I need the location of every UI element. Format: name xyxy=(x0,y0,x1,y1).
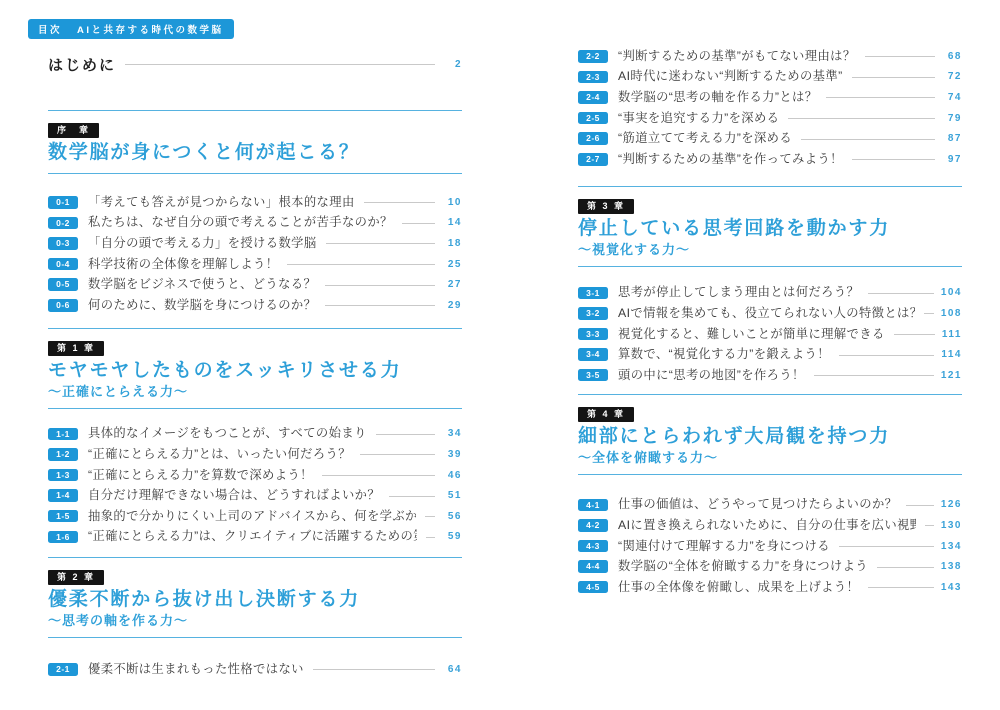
item-number-badge: 0-6 xyxy=(48,299,78,312)
item-number-badge: 0-5 xyxy=(48,278,78,291)
chapter-title: 数学脳が身につくと何が起こる？ xyxy=(48,142,462,164)
item-title: “正確にとらえる力”とは、いったい何だろう？ xyxy=(88,447,351,462)
leader-line xyxy=(877,567,934,568)
toc-item: 0-5 数学脳をビジネスで使うと、どうなる？ 27 xyxy=(48,274,462,295)
chapter-block-1: 第 1 章 モヤモヤしたものをスッキリさせる力 ～正確にとらえる力～ xyxy=(48,328,462,409)
item-number-badge: 1-6 xyxy=(48,531,78,544)
toc-item: 2-1 優柔不断は生まれもった性格ではない 64 xyxy=(48,659,462,680)
item-page-number: 10 xyxy=(442,197,462,208)
item-number-badge: 4-1 xyxy=(578,499,608,512)
leader-line xyxy=(788,118,935,119)
chapter-subtitle: ～思考の軸を作る力～ xyxy=(48,613,462,628)
toc-item: 4-4 数学脳の“全体を俯瞰する力”を身につけよう 138 xyxy=(578,556,962,577)
toc-item: 1-2 “正確にとらえる力”とは、いったい何だろう？ 39 xyxy=(48,444,462,465)
intro-label: はじめに xyxy=(48,54,116,75)
item-page-number: 130 xyxy=(941,520,962,531)
item-list-chapter2: 2-1 優柔不断は生まれもった性格ではない 64 xyxy=(48,659,462,680)
leader-line xyxy=(868,293,934,294)
item-number-badge: 2-7 xyxy=(578,153,608,166)
toc-item: 0-6 何のために、数学脳を身につけるのか？ 29 xyxy=(48,295,462,316)
item-title: 頭の中に“思考の地図”を作ろう！ xyxy=(618,368,805,383)
item-title: 算数で、“視覚化する力”を鍛えよう！ xyxy=(618,347,830,362)
item-title: “関連付けて理解する力”を身につける xyxy=(618,539,830,554)
leader-line xyxy=(814,375,934,376)
item-number-badge: 0-1 xyxy=(48,196,78,209)
toc-item: 3-4 算数で、“視覚化する力”を鍛えよう！ 114 xyxy=(578,344,962,365)
toc-item: 2-6 “筋道立てて考える力”を深める 87 xyxy=(578,128,962,149)
toc-item: 3-1 思考が停止してしまう理由とは何だろう？ 104 xyxy=(578,283,962,304)
item-page-number: 138 xyxy=(941,561,962,572)
item-page-number: 27 xyxy=(442,279,462,290)
item-page-number: 79 xyxy=(942,113,962,124)
item-page-number: 143 xyxy=(941,582,962,593)
item-title: “判断するための基準”を作ってみよう！ xyxy=(618,152,843,167)
item-title: 抽象的で分かりにくい上司のアドバイスから、何を学ぶか？ xyxy=(88,509,416,524)
item-title: 仕事の全体像を俯瞰し、成果を上げよう！ xyxy=(618,580,859,595)
leader-line xyxy=(865,56,935,57)
leader-line xyxy=(852,77,935,78)
toc-item: 1-1 具体的なイメージをもつことが、すべての始まり 34 xyxy=(48,424,462,445)
item-title: “判断するための基準”がもてない理由は？ xyxy=(618,49,856,64)
item-title: 具体的なイメージをもつことが、すべての始まり xyxy=(88,426,367,441)
item-title: 「考えても答えが見つからない」根本的な理由 xyxy=(88,195,355,210)
item-title: “正確にとらえる力”を算数で深めよう！ xyxy=(88,468,313,483)
item-number-badge: 4-3 xyxy=(578,540,608,553)
item-title: 優柔不断は生まれもった性格ではない xyxy=(88,662,304,677)
leader-line xyxy=(839,355,934,356)
item-number-badge: 2-2 xyxy=(578,50,608,63)
item-title: AIに置き換えられないために、自分の仕事を広い視野で考える xyxy=(618,518,916,533)
item-number-badge: 3-3 xyxy=(578,328,608,341)
leader-line xyxy=(360,454,435,455)
item-page-number: 126 xyxy=(941,499,962,510)
item-number-badge: 3-1 xyxy=(578,287,608,300)
toc-item: 3-5 頭の中に“思考の地図”を作ろう！ 121 xyxy=(578,365,962,386)
toc-item: 2-5 “事実を追究する力”を深める 79 xyxy=(578,108,962,129)
item-page-number: 59 xyxy=(442,531,462,542)
item-page-number: 14 xyxy=(442,217,462,228)
toc-item: 2-2 “判断するための基準”がもてない理由は？ 68 xyxy=(578,46,962,67)
item-page-number: 29 xyxy=(442,300,462,311)
left-column: はじめに 2 序 章 数学脳が身につくと何が起こる？ 0-1 「考えても答えが見… xyxy=(48,0,462,680)
item-title: “正確にとらえる力”は、クリエイティブに活躍するための第一歩 xyxy=(88,529,417,544)
leader-line xyxy=(801,139,935,140)
item-title: AI時代に迷わない“判断するための基準” xyxy=(618,69,843,84)
item-page-number: 114 xyxy=(941,349,962,360)
item-page-number: 97 xyxy=(942,154,962,165)
toc-item: 1-5 抽象的で分かりにくい上司のアドバイスから、何を学ぶか？ 56 xyxy=(48,506,462,527)
item-number-badge: 1-2 xyxy=(48,448,78,461)
leader-line xyxy=(313,669,435,670)
item-number-badge: 4-4 xyxy=(578,560,608,573)
item-title: 数学脳をビジネスで使うと、どうなる？ xyxy=(88,277,316,292)
leader-line xyxy=(426,537,435,538)
leader-line xyxy=(389,496,435,497)
item-number-badge: 3-2 xyxy=(578,307,608,320)
leader-line xyxy=(326,243,435,244)
item-page-number: 46 xyxy=(442,470,462,481)
toc-item: 4-2 AIに置き換えられないために、自分の仕事を広い視野で考える 130 xyxy=(578,515,962,536)
chapter-block-2: 第 2 章 優柔不断から抜け出し決断する力 ～思考の軸を作る力～ xyxy=(48,557,462,638)
item-list-chapter4: 4-1 仕事の価値は、どうやって見つけたらよいのか？ 126 4-2 AIに置き… xyxy=(578,495,962,598)
item-page-number: 68 xyxy=(942,51,962,62)
chapter-title: モヤモヤしたものをスッキリさせる力 xyxy=(48,360,462,382)
item-title: 何のために、数学脳を身につけるのか？ xyxy=(88,298,316,313)
item-number-badge: 3-4 xyxy=(578,348,608,361)
item-title: 仕事の価値は、どうやって見つけたらよいのか？ xyxy=(618,497,897,512)
item-number-badge: 2-5 xyxy=(578,112,608,125)
item-page-number: 56 xyxy=(442,511,462,522)
item-page-number: 51 xyxy=(442,490,462,501)
leader-line xyxy=(868,587,934,588)
leader-line xyxy=(924,313,934,314)
toc-item: 2-3 AI時代に迷わない“判断するための基準” 72 xyxy=(578,67,962,88)
toc-item: 3-2 AIで情報を集めても、役立てられない人の特徴とは？ 108 xyxy=(578,303,962,324)
leader-line xyxy=(322,475,435,476)
leader-line xyxy=(852,159,935,160)
toc-item: 0-2 私たちは、なぜ自分の頭で考えることが苦手なのか？ 14 xyxy=(48,213,462,234)
item-number-badge: 1-4 xyxy=(48,489,78,502)
item-page-number: 34 xyxy=(442,428,462,439)
leader-line xyxy=(826,97,935,98)
item-page-number: 25 xyxy=(442,259,462,270)
item-number-badge: 2-4 xyxy=(578,91,608,104)
item-number-badge: 2-3 xyxy=(578,71,608,84)
item-number-badge: 4-2 xyxy=(578,519,608,532)
chapter-block-3: 第 3 章 停止している思考回路を動かす力 ～視覚化する力～ xyxy=(578,186,962,267)
item-page-number: 18 xyxy=(442,238,462,249)
chapter-title: 細部にとらわれず大局観を持つ力 xyxy=(578,426,962,448)
item-list-chapter1: 1-1 具体的なイメージをもつことが、すべての始まり 34 1-2 “正確にとら… xyxy=(48,424,462,548)
chapter-badge: 第 1 章 xyxy=(48,341,104,356)
item-page-number: 104 xyxy=(941,287,962,298)
item-number-badge: 4-5 xyxy=(578,581,608,594)
item-title: 科学技術の全体像を理解しよう！ xyxy=(88,257,278,272)
chapter-badge: 序 章 xyxy=(48,123,99,138)
item-number-badge: 1-3 xyxy=(48,469,78,482)
item-page-number: 64 xyxy=(442,664,462,675)
chapter-subtitle: ～視覚化する力～ xyxy=(578,242,962,257)
toc-item: 4-5 仕事の全体像を俯瞰し、成果を上げよう！ 143 xyxy=(578,577,962,598)
chapter-title: 停止している思考回路を動かす力 xyxy=(578,218,962,240)
item-title: 数学脳の“思考の軸を作る力”とは？ xyxy=(618,90,817,105)
leader-line xyxy=(364,202,435,203)
item-page-number: 134 xyxy=(941,541,962,552)
chapter-block-4: 第 4 章 細部にとらわれず大局観を持つ力 ～全体を俯瞰する力～ xyxy=(578,394,962,475)
leader-line xyxy=(906,505,933,506)
chapter-title: 優柔不断から抜け出し決断する力 xyxy=(48,589,462,611)
toc-item: 1-6 “正確にとらえる力”は、クリエイティブに活躍するための第一歩 59 xyxy=(48,527,462,548)
toc-item: 0-1 「考えても答えが見つからない」根本的な理由 10 xyxy=(48,192,462,213)
chapter-block-prologue: 序 章 数学脳が身につくと何が起こる？ xyxy=(48,110,462,174)
chapter-subtitle: ～全体を俯瞰する力～ xyxy=(578,450,962,465)
toc-page: 目次 AIと共存する時代の数学脳 はじめに 2 序 章 数学脳が身につくと何が起… xyxy=(0,0,1000,710)
item-page-number: 87 xyxy=(942,133,962,144)
item-list-chapter3: 3-1 思考が停止してしまう理由とは何だろう？ 104 3-2 AIで情報を集め… xyxy=(578,283,962,386)
chapter-badge: 第 2 章 xyxy=(48,570,104,585)
toc-item: 4-1 仕事の価値は、どうやって見つけたらよいのか？ 126 xyxy=(578,495,962,516)
item-title: 「自分の頭で考える力」を授ける数学脳 xyxy=(88,236,317,251)
item-title: AIで情報を集めても、役立てられない人の特徴とは？ xyxy=(618,306,915,321)
leader-line xyxy=(425,516,435,517)
item-number-badge: 0-2 xyxy=(48,217,78,230)
item-page-number: 72 xyxy=(942,71,962,82)
right-column: 2-2 “判断するための基準”がもてない理由は？ 68 2-3 AI時代に迷わな… xyxy=(578,0,962,598)
toc-item: 0-3 「自分の頭で考える力」を授ける数学脳 18 xyxy=(48,233,462,254)
item-page-number: 39 xyxy=(442,449,462,460)
leader-line xyxy=(839,546,934,547)
leader-line xyxy=(402,223,435,224)
leader-line xyxy=(376,434,435,435)
item-page-number: 108 xyxy=(941,308,962,319)
item-title: 視覚化すると、難しいことが簡単に理解できる xyxy=(618,327,885,342)
intro-page-number: 2 xyxy=(442,59,462,70)
item-page-number: 74 xyxy=(942,92,962,103)
item-title: 数学脳の“全体を俯瞰する力”を身につけよう xyxy=(618,559,868,574)
item-page-number: 121 xyxy=(941,370,962,381)
item-title: 私たちは、なぜ自分の頭で考えることが苦手なのか？ xyxy=(88,215,393,230)
leader-line xyxy=(125,64,435,65)
chapter-subtitle: ～正確にとらえる力～ xyxy=(48,384,462,399)
item-number-badge: 0-3 xyxy=(48,237,78,250)
toc-item: 2-4 数学脳の“思考の軸を作る力”とは？ 74 xyxy=(578,87,962,108)
item-number-badge: 3-5 xyxy=(578,369,608,382)
item-list-chapter0: 0-1 「考えても答えが見つからない」根本的な理由 10 0-2 私たちは、なぜ… xyxy=(48,192,462,316)
leader-line xyxy=(325,285,435,286)
chapter-badge: 第 4 章 xyxy=(578,407,634,422)
leader-line xyxy=(894,334,935,335)
item-page-number: 111 xyxy=(942,329,962,340)
leader-line xyxy=(325,305,435,306)
item-number-badge: 2-6 xyxy=(578,132,608,145)
toc-item: 2-7 “判断するための基準”を作ってみよう！ 97 xyxy=(578,149,962,170)
toc-item: 1-4 自分だけ理解できない場合は、どうすればよいか？ 51 xyxy=(48,485,462,506)
item-title: “事実を追究する力”を深める xyxy=(618,111,779,126)
item-title: “筋道立てて考える力”を深める xyxy=(618,131,792,146)
item-number-badge: 2-1 xyxy=(48,663,78,676)
toc-item: 3-3 視覚化すると、難しいことが簡単に理解できる 111 xyxy=(578,324,962,345)
intro-row: はじめに 2 xyxy=(48,54,462,74)
leader-line xyxy=(287,264,435,265)
chapter-badge: 第 3 章 xyxy=(578,199,634,214)
toc-item: 4-3 “関連付けて理解する力”を身につける 134 xyxy=(578,536,962,557)
item-title: 自分だけ理解できない場合は、どうすればよいか？ xyxy=(88,488,380,503)
item-number-badge: 0-4 xyxy=(48,258,78,271)
toc-item: 1-3 “正確にとらえる力”を算数で深めよう！ 46 xyxy=(48,465,462,486)
leader-line xyxy=(925,525,933,526)
item-list-chapter2-continued: 2-2 “判断するための基準”がもてない理由は？ 68 2-3 AI時代に迷わな… xyxy=(578,46,962,170)
item-number-badge: 1-1 xyxy=(48,428,78,441)
toc-item: 0-4 科学技術の全体像を理解しよう！ 25 xyxy=(48,254,462,275)
item-title: 思考が停止してしまう理由とは何だろう？ xyxy=(618,285,859,300)
item-number-badge: 1-5 xyxy=(48,510,78,523)
